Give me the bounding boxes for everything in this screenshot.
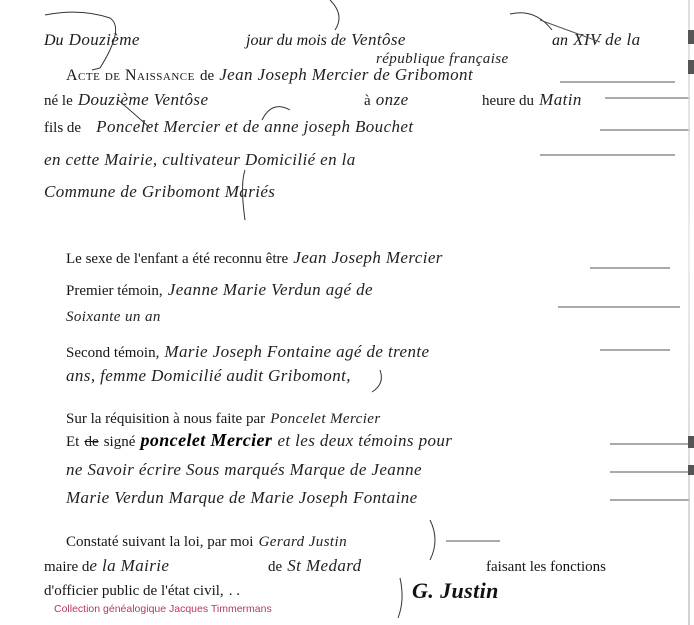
edge-mark [688,465,694,475]
page-edge [688,0,690,625]
collection-watermark: Collection généalogique Jacques Timmerma… [54,603,272,615]
edge-mark [688,60,694,74]
birth-certificate-page: Du Douzième jour du mois de Ventôse an X… [0,0,694,625]
edge-mark [688,436,694,448]
handwriting-flourishes [0,0,694,625]
edge-mark [688,30,694,44]
